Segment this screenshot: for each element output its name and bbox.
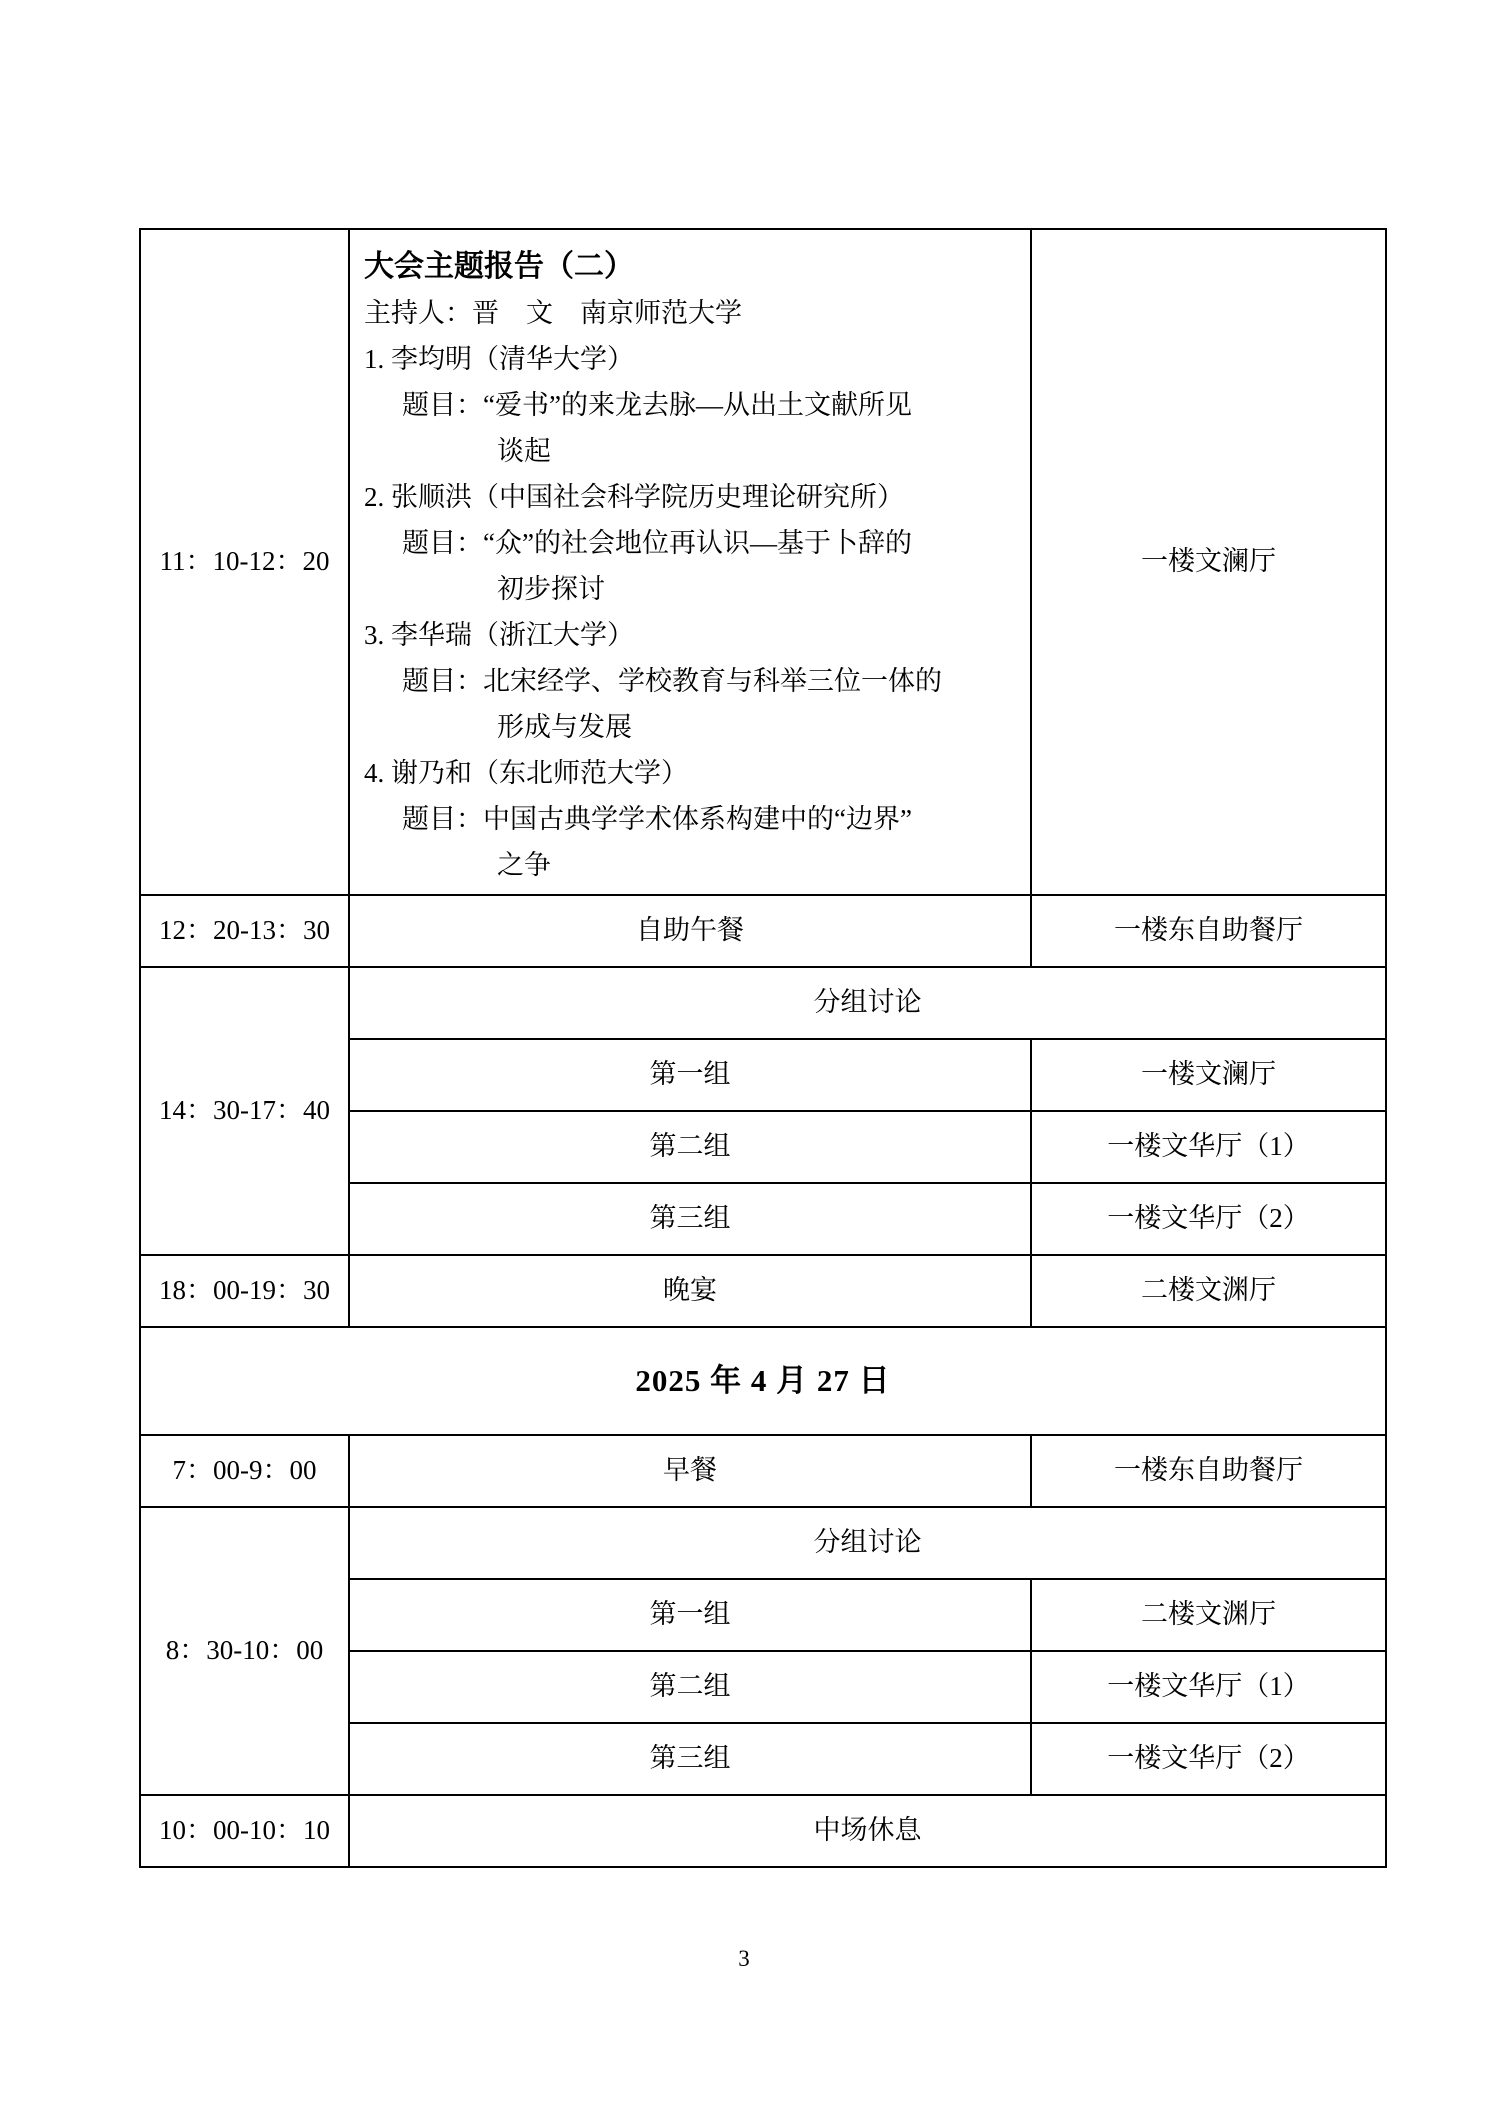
section-header-cell: 分组讨论 (349, 967, 1386, 1039)
time-cell: 7：00-9：00 (140, 1435, 349, 1507)
location-cell: 一楼文华厅（2） (1031, 1723, 1386, 1795)
location-cell: 一楼文华厅（1） (1031, 1111, 1386, 1183)
date-header: 2025 年 4 月 27 日 (140, 1327, 1386, 1435)
location-cell: 一楼文澜厅 (1031, 229, 1386, 895)
event-cell: 第一组 (349, 1579, 1031, 1651)
document-page: 11：10-12：20 大会主题报告（二） 主持人：晋 文 南京师范大学 1. … (0, 0, 1488, 2105)
table-row: 2025 年 4 月 27 日 (140, 1327, 1386, 1435)
location-cell: 一楼文华厅（1） (1031, 1651, 1386, 1723)
keynote-speaker-2: 2. 张顺洪（中国社会科学院历史理论研究所） (364, 474, 1022, 520)
schedule-table: 11：10-12：20 大会主题报告（二） 主持人：晋 文 南京师范大学 1. … (139, 228, 1387, 1868)
keynote-speaker-3: 3. 李华瑞（浙江大学） (364, 612, 1022, 658)
section-header-cell: 分组讨论 (349, 1507, 1386, 1579)
keynote-topic-1-cont: 谈起 (364, 428, 1022, 474)
time-cell: 8：30-10：00 (140, 1507, 349, 1795)
table-row: 11：10-12：20 大会主题报告（二） 主持人：晋 文 南京师范大学 1. … (140, 229, 1386, 895)
event-cell: 第二组 (349, 1651, 1031, 1723)
location-cell: 一楼东自助餐厅 (1031, 1435, 1386, 1507)
event-cell: 自助午餐 (349, 895, 1031, 967)
keynote-cell: 大会主题报告（二） 主持人：晋 文 南京师范大学 1. 李均明（清华大学） 题目… (349, 229, 1031, 895)
time-cell: 10：00-10：10 (140, 1795, 349, 1867)
table-row: 8：30-10：00 分组讨论 (140, 1507, 1386, 1579)
keynote-topic-4: 题目：中国古典学学术体系构建中的“边界” (364, 796, 1022, 842)
keynote-title: 大会主题报告（二） (364, 244, 1022, 290)
keynote-topic-3-cont: 形成与发展 (364, 704, 1022, 750)
table-row: 18：00-19：30 晚宴 二楼文渊厅 (140, 1255, 1386, 1327)
keynote-topic-4-cont: 之争 (364, 842, 1022, 888)
location-cell: 二楼文渊厅 (1031, 1255, 1386, 1327)
location-cell: 一楼文澜厅 (1031, 1039, 1386, 1111)
location-cell: 一楼东自助餐厅 (1031, 895, 1386, 967)
table-row: 14：30-17：40 分组讨论 (140, 967, 1386, 1039)
keynote-topic-2-cont: 初步探讨 (364, 566, 1022, 612)
table-row: 12：20-13：30 自助午餐 一楼东自助餐厅 (140, 895, 1386, 967)
keynote-host: 主持人：晋 文 南京师范大学 (364, 290, 1022, 336)
table-row: 7：00-9：00 早餐 一楼东自助餐厅 (140, 1435, 1386, 1507)
keynote-topic-1: 题目：“爱书”的来龙去脉—从出土文献所见 (364, 382, 1022, 428)
keynote-topic-3: 题目：北宋经学、学校教育与科举三位一体的 (364, 658, 1022, 704)
keynote-speaker-4: 4. 谢乃和（东北师范大学） (364, 750, 1022, 796)
location-cell: 一楼文华厅（2） (1031, 1183, 1386, 1255)
event-cell: 中场休息 (349, 1795, 1386, 1867)
event-cell: 第二组 (349, 1111, 1031, 1183)
time-cell: 18：00-19：30 (140, 1255, 349, 1327)
location-cell: 二楼文渊厅 (1031, 1579, 1386, 1651)
time-cell: 11：10-12：20 (140, 229, 349, 895)
time-cell: 14：30-17：40 (140, 967, 349, 1255)
keynote-speaker-1: 1. 李均明（清华大学） (364, 336, 1022, 382)
page-number: 3 (0, 1946, 1488, 1972)
event-cell: 第一组 (349, 1039, 1031, 1111)
table-row: 10：00-10：10 中场休息 (140, 1795, 1386, 1867)
event-cell: 早餐 (349, 1435, 1031, 1507)
time-cell: 12：20-13：30 (140, 895, 349, 967)
keynote-topic-2: 题目：“众”的社会地位再认识—基于卜辞的 (364, 520, 1022, 566)
event-cell: 晚宴 (349, 1255, 1031, 1327)
event-cell: 第三组 (349, 1723, 1031, 1795)
event-cell: 第三组 (349, 1183, 1031, 1255)
